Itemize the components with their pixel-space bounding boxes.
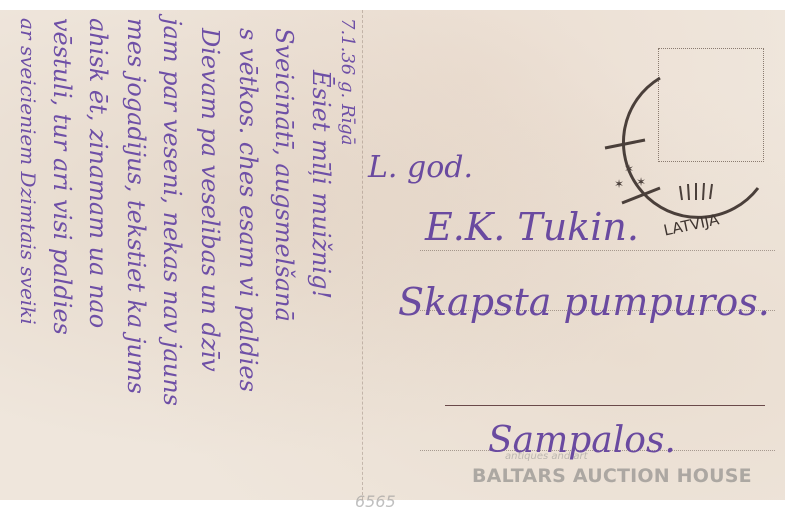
message-line: Dievam pa veselibas un dzīv [196, 28, 224, 372]
message-line: Sveicinātī, augsmelšanā [270, 28, 298, 322]
postmark-country: LATVIJA [662, 210, 721, 238]
address-line [420, 250, 775, 251]
message-line: ar sveicieniem Dzimtais sveiki [16, 18, 40, 325]
message-line: jam par veseni, nekas nav jauns [158, 18, 186, 406]
svg-text:✶: ✶ [614, 177, 624, 191]
message-line: s vētkos. ches esam vi paldies [234, 28, 262, 392]
date-note: 7.1.36 g. Rīgā [337, 18, 358, 146]
watermark: BALTARS AUCTION HOUSE [472, 465, 752, 487]
center-divider [362, 10, 363, 500]
address-street: Skapsta pumpuros. [398, 280, 770, 324]
address-name: E.K. Tukin. [425, 205, 639, 249]
message-line: vēstuli, tur ari visi paldies [48, 18, 76, 335]
pencil-note: 6565 [355, 492, 396, 511]
address-salutation: L. god. [368, 150, 473, 185]
address-line-solid [445, 405, 765, 406]
watermark-tagline: antiques and art [505, 451, 588, 462]
message-area: 7.1.36 g. Rīgā Ēsiet mīļi muižnig! Sveic… [0, 10, 360, 500]
message-line: ahisk ēt, zinamam ua nao [84, 18, 112, 328]
svg-text:✶: ✶ [636, 175, 646, 189]
message-line: mes jogadijus, tekstiet ka jums [122, 18, 150, 394]
svg-text:✶: ✶ [624, 162, 634, 176]
message-line: Ēsiet mīļi muižnig! [307, 70, 335, 299]
postcard-back: 7.1.36 g. Rīgā Ēsiet mīļi muižnig! Sveic… [0, 10, 785, 500]
